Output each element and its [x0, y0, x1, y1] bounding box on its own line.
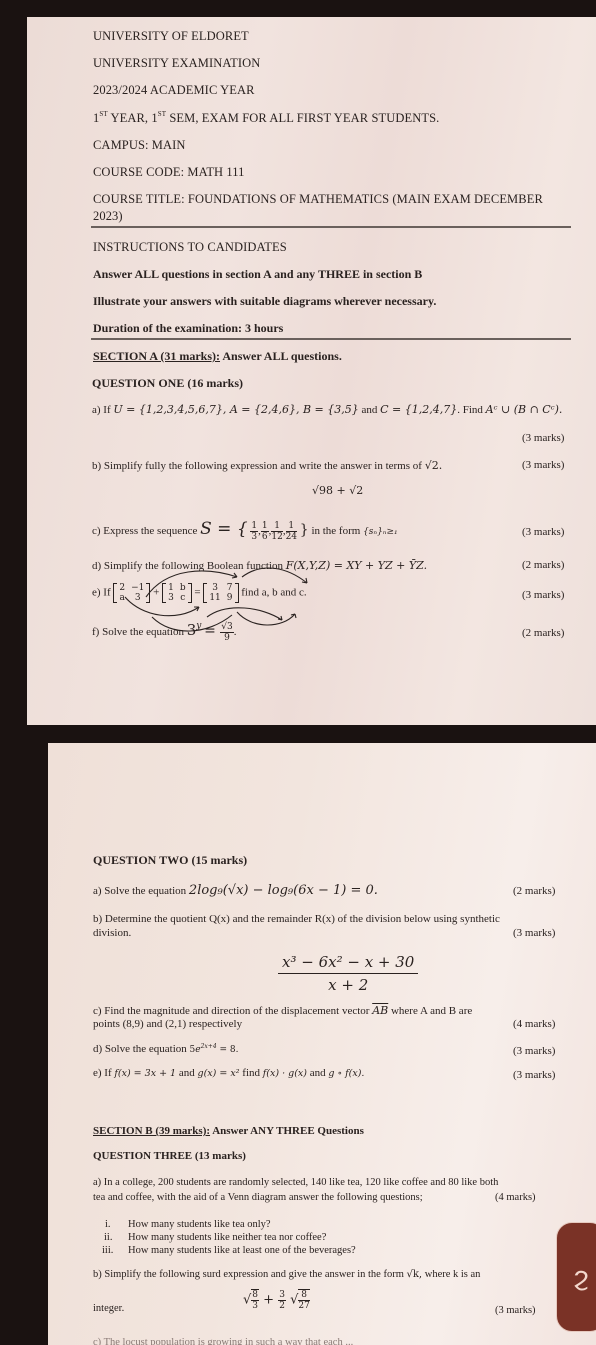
- matrix-1: 2−1a3: [113, 583, 150, 603]
- q2e-text: e) If f(x) = 3x + 1 and g(x) = x² find f…: [93, 1067, 364, 1079]
- instructions-divider: [91, 338, 571, 340]
- q1f-marks: (2 marks): [522, 627, 564, 639]
- course-title-line1: COURSE TITLE: FOUNDATIONS OF MATHEMATICS…: [93, 192, 543, 207]
- subquestion-number: iii.: [102, 1245, 113, 1256]
- subquestion-number: i.: [105, 1219, 111, 1230]
- academic-year: 2023/2024 ACADEMIC YEAR: [93, 83, 255, 98]
- q2d-text: d) Solve the equation 5e2x+4 = 8.: [93, 1043, 239, 1055]
- q1c-text: c) Express the sequence S = { 13,16,112,…: [92, 519, 398, 542]
- q3c-partial: c) The locust population is growing in s…: [93, 1337, 353, 1345]
- course-title-line2: 2023): [93, 209, 123, 224]
- exam-page-2: QUESTION TWO (15 marks) a) Solve the equ…: [48, 743, 596, 1345]
- q3b-marks: (3 marks): [495, 1305, 536, 1316]
- question-one-title: QUESTION ONE (16 marks): [92, 376, 243, 391]
- q1e-marks: (3 marks): [522, 589, 564, 601]
- q3b-line2: integer.: [93, 1303, 124, 1314]
- matrix-2: 1b3c: [162, 583, 192, 603]
- matrix-3: 37119: [203, 583, 238, 603]
- app-logo-icon: ϩ: [573, 1262, 589, 1292]
- q2a-text: a) Solve the equation 2log₉(√x) − log₉(6…: [93, 883, 378, 898]
- q2b-line2: division.: [93, 927, 131, 939]
- q1b-expression: √98 + √2: [312, 484, 363, 497]
- q2c-marks: (4 marks): [513, 1018, 555, 1030]
- q3a-marks: (4 marks): [495, 1192, 536, 1203]
- q3b-line1: b) Simplify the following surd expressio…: [93, 1269, 480, 1280]
- section-a-title: SECTION A (31 marks): Answer ALL questio…: [93, 349, 342, 364]
- sequence-term: 16: [261, 521, 269, 542]
- instruction-3: Duration of the examination: 3 hours: [93, 321, 283, 336]
- q2e-marks: (3 marks): [513, 1069, 555, 1081]
- q1a-text: a) If U = {1,2,3,4,5,6,7}, A = {2,4,6}, …: [92, 403, 562, 416]
- q2c-line2: points (8,9) and (2,1) respectively: [93, 1018, 242, 1030]
- q2b-line1: b) Determine the quotient Q(x) and the r…: [93, 913, 500, 925]
- q1d-text: d) Simplify the following Boolean functi…: [92, 559, 427, 572]
- course-code: COURSE CODE: MATH 111: [93, 165, 245, 180]
- instruction-2: Illustrate your answers with suitable di…: [93, 294, 436, 309]
- question-three-title: QUESTION THREE (13 marks): [93, 1150, 246, 1162]
- q3a-line1: a) In a college, 200 students are random…: [93, 1177, 498, 1188]
- sequence-term: 112: [271, 521, 282, 542]
- subquestion-text: How many students like tea only?: [128, 1219, 271, 1230]
- question-two-title: QUESTION TWO (15 marks): [93, 853, 247, 868]
- q3b-expression: √83 + 32 √827: [243, 1289, 310, 1311]
- subquestion-text: How many students like at least one of t…: [128, 1245, 356, 1256]
- q2b-marks: (3 marks): [513, 927, 555, 939]
- sequence-fractions: 13,16,112,124: [250, 525, 297, 537]
- q1d-marks: (2 marks): [522, 559, 564, 571]
- q1b-marks: (3 marks): [522, 459, 564, 471]
- exam-title: UNIVERSITY EXAMINATION: [93, 56, 260, 71]
- q2b-division: x³ − 6x² − x + 30x + 2: [278, 953, 418, 994]
- year-semester: 1ST YEAR, 1ST SEM, EXAM FOR ALL FIRST YE…: [93, 111, 439, 126]
- q2c-line1: c) Find the magnitude and direction of t…: [93, 1004, 472, 1017]
- side-floating-button[interactable]: ϩ: [556, 1222, 596, 1332]
- sequence-term: 124: [286, 521, 297, 542]
- subquestion-number: ii.: [104, 1232, 112, 1243]
- q1f-text: f) Solve the equation 3y = √39.: [92, 621, 237, 643]
- instructions-title: INSTRUCTIONS TO CANDIDATES: [93, 240, 287, 255]
- q2a-marks: (2 marks): [513, 885, 555, 897]
- campus: CAMPUS: MAIN: [93, 138, 186, 153]
- section-b-title: SECTION B (39 marks): Answer ANY THREE Q…: [93, 1125, 364, 1137]
- q1b-text: b) Simplify fully the following expressi…: [92, 459, 442, 472]
- subquestion-text: How many students like neither tea nor c…: [128, 1232, 326, 1243]
- sequence-term: 13: [250, 521, 258, 542]
- q1e-text: e) If 2−1a3 + 1b3c = 37119 find a, b and…: [92, 583, 307, 603]
- exam-page-1: UNIVERSITY OF ELDORET UNIVERSITY EXAMINA…: [27, 17, 596, 725]
- university-name: UNIVERSITY OF ELDORET: [93, 29, 249, 44]
- q3a-line2: tea and coffee, with the aid of a Venn d…: [93, 1192, 423, 1203]
- header-divider: [91, 226, 571, 228]
- q1c-marks: (3 marks): [522, 526, 564, 538]
- q1a-marks: (3 marks): [522, 432, 564, 444]
- instruction-1: Answer ALL questions in section A and an…: [93, 267, 422, 282]
- q2d-marks: (3 marks): [513, 1045, 555, 1057]
